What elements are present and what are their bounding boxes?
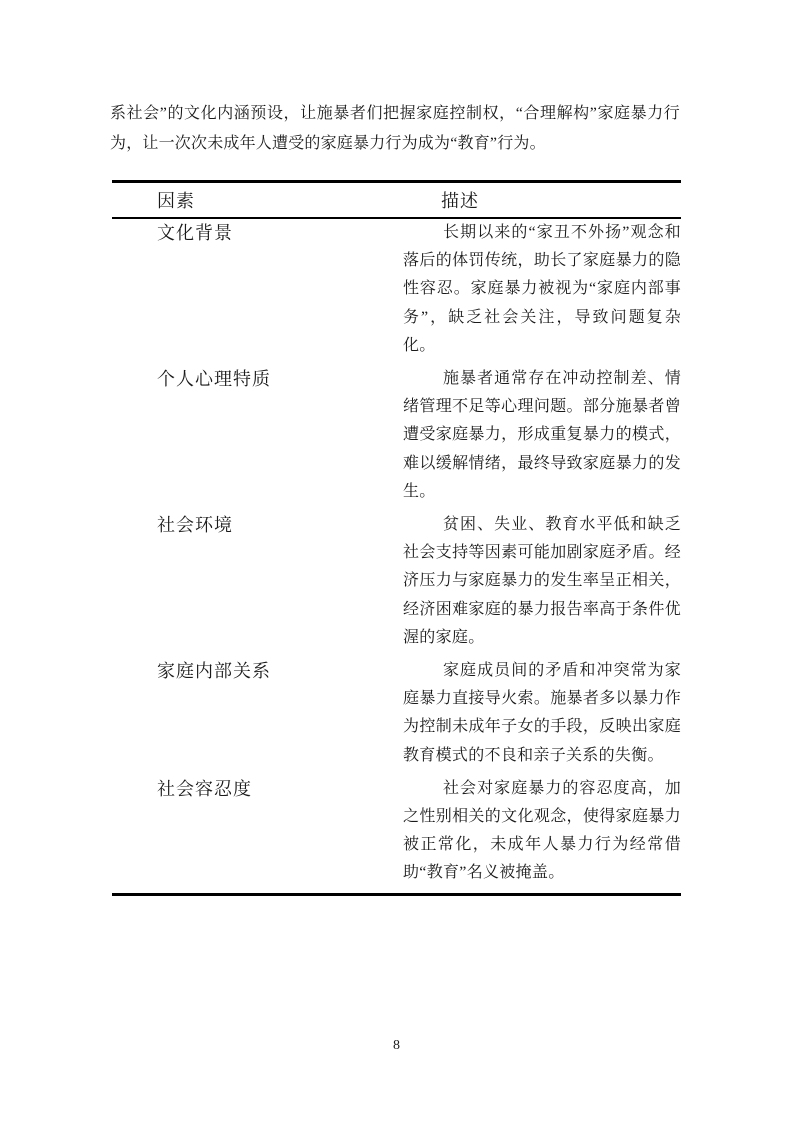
factors-table-body: 文化背景 长期以来的“家丑不外扬”观念和落后的体罚传统，助长了家庭暴力的隐性容忍… [112,218,681,894]
table-row: 个人心理特质 施暴者通常存在冲动控制差、情绪管理不足等心理问题。部分施暴者曾遭受… [112,365,681,511]
page-number: 8 [0,1036,793,1056]
table-header-row: 因素 描述 [112,182,681,219]
factors-table-header: 因素 描述 [112,182,681,219]
factor-cell: 文化背景 [112,218,403,365]
factors-table: 因素 描述 文化背景 长期以来的“家丑不外扬”观念和落后的体罚传统，助长了家庭暴… [112,180,681,896]
factor-cell: 个人心理特质 [112,365,403,511]
table-row: 文化背景 长期以来的“家丑不外扬”观念和落后的体罚传统，助长了家庭暴力的隐性容忍… [112,218,681,365]
factor-cell: 家庭内部关系 [112,657,403,775]
table-row: 家庭内部关系 家庭成员间的矛盾和冲突常为家庭暴力直接导火索。施暴者多以暴力作为控… [112,657,681,775]
table-row: 社会容忍度 社会对家庭暴力的容忍度高，加之性别相关的文化观念，使得家庭暴力被正常… [112,775,681,894]
description-cell: 社会对家庭暴力的容忍度高，加之性别相关的文化观念，使得家庭暴力被正常化，未成年人… [403,775,681,894]
description-cell: 长期以来的“家丑不外扬”观念和落后的体罚传统，助长了家庭暴力的隐性容忍。家庭暴力… [403,218,681,365]
table-row: 社会环境 贫困、失业、教育水平低和缺乏社会支持等因素可能加剧家庭矛盾。经济压力与… [112,511,681,657]
intro-paragraph: 系社会”的文化内涵预设，让施暴者们把握家庭控制权，“合理解构”家庭暴力行为，让一… [110,99,680,159]
factor-cell: 社会环境 [112,511,403,657]
document-page: 系社会”的文化内涵预设，让施暴者们把握家庭控制权，“合理解构”家庭暴力行为，让一… [0,0,793,1122]
table-header-factor: 因素 [112,182,403,219]
description-cell: 贫困、失业、教育水平低和缺乏社会支持等因素可能加剧家庭矛盾。经济压力与家庭暴力的… [403,511,681,657]
factor-cell: 社会容忍度 [112,775,403,894]
table-header-description: 描述 [403,182,681,219]
description-cell: 家庭成员间的矛盾和冲突常为家庭暴力直接导火索。施暴者多以暴力作为控制未成年子女的… [403,657,681,775]
description-cell: 施暴者通常存在冲动控制差、情绪管理不足等心理问题。部分施暴者曾遭受家庭暴力，形成… [403,365,681,511]
